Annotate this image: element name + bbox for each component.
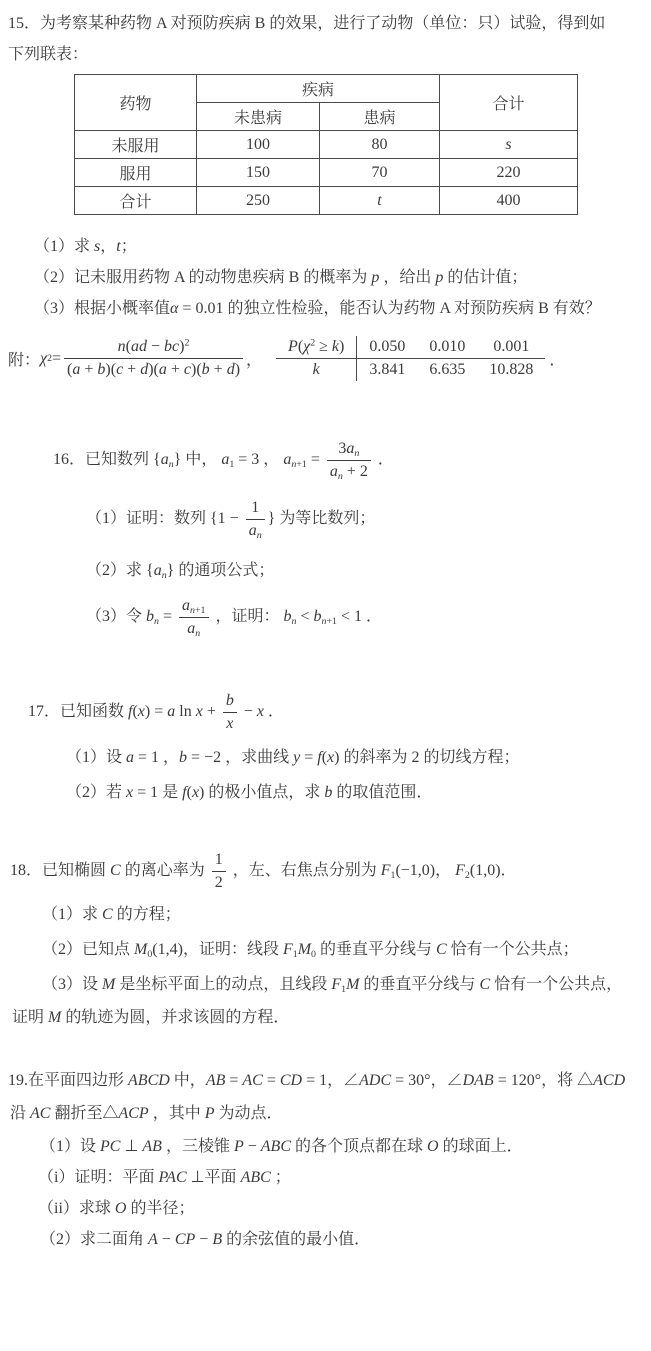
p19-part-1-ii: （ii）求球 O 的半径； bbox=[38, 1193, 647, 1224]
p19-line-1: 19.在平面四边形 ABCD 中，AB = AC = CD = 1，∠ADC =… bbox=[8, 1065, 647, 1096]
table-row-taken: 服用 150 70 220 bbox=[75, 159, 578, 187]
kt-value: 0.001 bbox=[477, 336, 545, 359]
table-cell: 100 bbox=[197, 131, 320, 159]
kt-value: 0.050 bbox=[357, 336, 418, 359]
table-cell: 250 bbox=[197, 187, 320, 215]
p15-appendix: 附： χ2 = n(ad − bc)2(a + b)(c + d)(a + c)… bbox=[8, 336, 647, 381]
header-drug: 药物 bbox=[75, 75, 197, 131]
table-cell: 服用 bbox=[75, 159, 197, 187]
p19-part-1-i: （i）证明：平面 PAC ⊥平面 ABC ； bbox=[38, 1162, 647, 1193]
p19-part-2: （2）求二面角 A − CP − B 的余弦值的最小值． bbox=[40, 1224, 647, 1255]
kt-value: 3.841 bbox=[357, 359, 418, 382]
table-cell: 80 bbox=[320, 131, 440, 159]
header-disease: 疾病 bbox=[197, 75, 440, 103]
p15-part-2: （2）记未服用药物 A 的动物患疾病 B 的概率为 p ，给出 p 的估计值； bbox=[34, 262, 647, 293]
table-row-total: 合计 250 t 400 bbox=[75, 187, 578, 215]
p16-part-2: （2）求 {an} 的通项公式； bbox=[86, 555, 647, 586]
kt-value: 0.010 bbox=[417, 336, 477, 359]
problem-17: 17．已知函数 f(x) = a ln x + bx − x ． （1）设 a … bbox=[8, 691, 647, 808]
p19-line-2: 沿 AC 翻折至△ACP ，其中 P 为动点． bbox=[10, 1098, 647, 1129]
p16-title: 16．已知数列 {an} 中， a1 = 3 ， an+1 = 3anan + … bbox=[53, 439, 647, 482]
p17-title: 17．已知函数 f(x) = a ln x + bx − x ． bbox=[28, 691, 647, 734]
kt-value: 10.828 bbox=[477, 359, 545, 382]
table-cell: 合计 bbox=[75, 187, 197, 215]
p15-part-3: （3）根据小概率值α = 0.01 的独立性检验，能否认为药物 A 对预防疾病 … bbox=[34, 293, 647, 324]
table-cell: 150 bbox=[197, 159, 320, 187]
table-cell: 未服用 bbox=[75, 131, 197, 159]
problem-15: 15．为考察某种药物 A 对预防疾病 B 的效果，进行了动物（单位：只）试验，得… bbox=[8, 8, 647, 381]
p17-part-1: （1）设 a = 1 ，b = −2 ，求曲线 y = f(x) 的斜率为 2 … bbox=[66, 742, 647, 773]
table-cell: t bbox=[320, 187, 440, 215]
p16-part-1: （1）证明：数列 {1 − 1an} 为等比数列； bbox=[86, 498, 647, 541]
header-has-disease: 患病 bbox=[320, 103, 440, 131]
exam-page: 15．为考察某种药物 A 对预防疾病 B 的效果，进行了动物（单位：只）试验，得… bbox=[0, 0, 651, 1351]
p15-intro-line-1: 15．为考察某种药物 A 对预防疾病 B 的效果，进行了动物（单位：只）试验，得… bbox=[8, 8, 647, 39]
p18-part-1: （1）求 C 的方程； bbox=[42, 899, 647, 930]
header-total: 合计 bbox=[440, 75, 578, 131]
kt-k-label: k bbox=[276, 359, 357, 382]
table-cell: s bbox=[440, 131, 578, 159]
critical-value-table: P(χ2 ≥ k) 0.050 0.010 0.001 k 3.841 6.63… bbox=[276, 336, 545, 381]
kt-value: 6.635 bbox=[417, 359, 477, 382]
p18-part-2: （2）已知点 M0(1,4)，证明：线段 F1M0 的垂直平分线与 C 恰有一个… bbox=[42, 934, 647, 965]
kt-header: P(χ2 ≥ k) bbox=[276, 336, 357, 359]
table-row-not-taken: 未服用 100 80 s bbox=[75, 131, 578, 159]
contingency-table: 药物 疾病 合计 未患病 患病 未服用 100 80 s 服用 150 bbox=[74, 74, 578, 215]
p18-part-3-cont: 证明 M 的轨迹为圆，并求该圆的方程． bbox=[12, 1002, 647, 1033]
p19-part-1: （1）设 PC ⊥ AB ，三棱锥 P − ABC 的各个顶点都在球 O 的球面… bbox=[40, 1131, 647, 1162]
table-cell: 400 bbox=[440, 187, 578, 215]
table-cell: 220 bbox=[440, 159, 578, 187]
problem-19: 19.在平面四边形 ABCD 中，AB = AC = CD = 1，∠ADC =… bbox=[8, 1065, 647, 1255]
p16-part-3: （3）令 bn = an+1an ，证明： bn < bn+1 < 1 ． bbox=[86, 596, 647, 639]
header-no-disease: 未患病 bbox=[197, 103, 320, 131]
table-header-row-1: 药物 疾病 合计 bbox=[75, 75, 578, 103]
kt-row-k: k 3.841 6.635 10.828 bbox=[276, 359, 545, 382]
chi-squared-formula: 附： χ2 = n(ad − bc)2(a + b)(c + d)(a + c)… bbox=[8, 337, 262, 380]
kt-row-p: P(χ2 ≥ k) 0.050 0.010 0.001 bbox=[276, 336, 545, 359]
table-cell: 70 bbox=[320, 159, 440, 187]
p15-intro-line-2: 下列联表： bbox=[8, 39, 647, 70]
note-period: ． bbox=[549, 347, 565, 370]
p18-title: 18．已知椭圆 C 的离心率为 12 ，左、右焦点分别为 F1(−1,0)， F… bbox=[10, 850, 647, 893]
p17-part-2: （2）若 x = 1 是 f(x) 的极小值点，求 b 的取值范围． bbox=[66, 777, 647, 808]
problem-16: 16．已知数列 {an} 中， a1 = 3 ， an+1 = 3anan + … bbox=[8, 439, 647, 639]
p15-part-1: （1）求 s，t； bbox=[34, 231, 647, 262]
p18-part-3: （3）设 M 是坐标平面上的动点，且线段 F1M 的垂直平分线与 C 恰有一个公… bbox=[42, 969, 647, 1000]
problem-18: 18．已知椭圆 C 的离心率为 12 ，左、右焦点分别为 F1(−1,0)， F… bbox=[8, 850, 647, 1033]
